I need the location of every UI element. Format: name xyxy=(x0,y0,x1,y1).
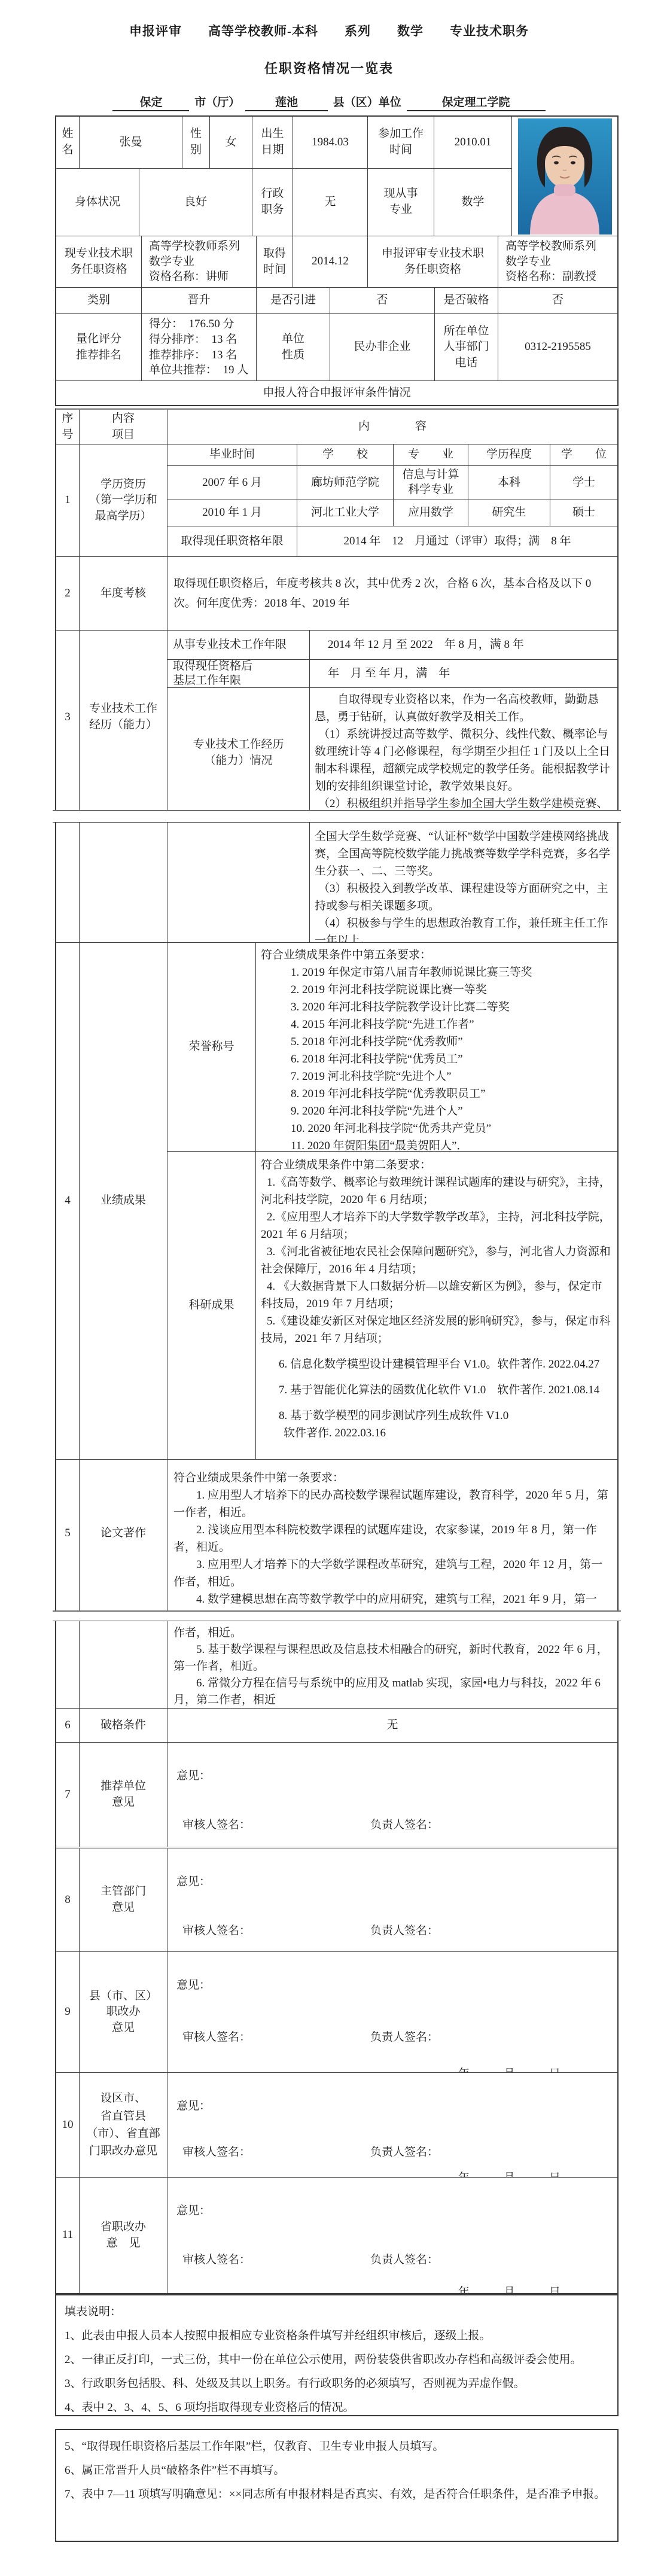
row-no: 4 xyxy=(56,943,80,1459)
row-no: 11 xyxy=(56,2178,80,2293)
page-break-gap xyxy=(53,1610,621,1621)
honor-item: 3. 2020 年河北科技学院教学设计比赛二等奖 xyxy=(256,998,617,1016)
honor-item: 5. 2018 年河北科技学院“优秀教师” xyxy=(256,1033,617,1051)
apply-title-label: 申报评审专业技术职 务任职资格 xyxy=(368,236,498,287)
row-annual-review: 2 年度考核 取得现任职资格后，年度考核共 8 次，其中优秀 2 次，合格 6 … xyxy=(56,557,617,631)
honor-item: 11. 2020 年贺阳集团“最美贺阳人”． xyxy=(256,1137,617,1151)
edu-level: 研究生 xyxy=(468,500,550,526)
edu-h-level: 学历程度 xyxy=(468,444,550,465)
profession-value: 数学 xyxy=(434,169,511,236)
row-label: 业绩成果 xyxy=(80,943,167,1459)
honors-intro: 符合业绩成果条件中第五条要求： xyxy=(256,946,617,964)
edu-school: 河北工业大学 xyxy=(297,500,394,526)
row-achievements: 4 业绩成果 荣誉称号 符合业绩成果条件中第五条要求： 1. 2019 年保定市… xyxy=(56,943,617,1460)
honor-item: 6. 2018 年河北科技学院“优秀员工” xyxy=(256,1051,617,1068)
apply-title-value: 高等学校教师系列 数学专业 资格名称：副教授 xyxy=(498,236,617,287)
row-no: 3 xyxy=(56,631,80,942)
edu-h-time: 毕业时间 xyxy=(167,444,297,465)
row-no: 6 xyxy=(56,1709,80,1742)
row-label: 设区市、 省直管县 （市）、省直部 门职改办意见 xyxy=(80,2073,167,2177)
paper-item: 4. 数学建模思想在高等数学教学中的应用研究，建筑与工程，2021 年 9 月，… xyxy=(173,1591,614,1608)
exp-base-value: 年 月 至 年 月，满 年 xyxy=(310,660,617,687)
head-signature-label: 负责人签名： xyxy=(370,1922,438,1938)
edu-h-school: 学 校 xyxy=(297,444,394,465)
row-no: 1 xyxy=(56,444,80,556)
paper-item: 1. 应用型人才培养下的民办高校数学课程试题库建设，教育科学，2020 年 5 … xyxy=(173,1487,614,1521)
unit-type-label: 单位 性质 xyxy=(257,314,330,380)
work-start-value: 2010.01 xyxy=(434,117,511,168)
edu-record-1: 2007 年 6 月 廊坊师范学院 信息与计算 科学专业 本科 学士 xyxy=(167,466,617,500)
exception-label: 是否破格 xyxy=(435,288,498,313)
head-signature-label: 负责人签名： xyxy=(370,2251,438,2267)
opinion-area: 意见： 审核人签名： 负责人签名： 年 月 日 xyxy=(167,2073,617,2177)
edu-record-2: 2010 年 1 月 河北工业大学 应用数学 研究生 硕士 xyxy=(167,500,617,526)
exp-years-row: 从事专业技术工作年限 2014 年 12 月 至 2022 年 8 月，满 8 … xyxy=(167,631,617,660)
row-no-text: 5 xyxy=(56,1525,79,1542)
paper-item: 5. 基于数学课程与课程思政及信息技术相融合的研究，新时代教育，2022 年 6… xyxy=(173,1642,614,1675)
head-signature-label: 负责人签名： xyxy=(370,2143,438,2159)
exp-years-label: 从事专业技术工作年限 xyxy=(167,631,310,659)
introduced-label: 是否引进 xyxy=(257,288,330,313)
note-item: 2、一律正反打印，一式三份，其中一份在单位公示使用，两份装袋供省职改办存档和高级… xyxy=(65,2348,609,2372)
exp-detail-page2: 全国大学生数学竞赛、“认证杯”数学中国数学建模网络挑战赛，全国高等院校数学能力挑… xyxy=(310,823,617,942)
row-opinion-recommender: 7 推荐单位 意见 意见： 审核人签名： 负责人签名： 年 月 日 xyxy=(56,1743,617,1849)
obtain-time-label: 取得 时间 xyxy=(257,236,293,287)
edu-major: 信息与计算 科学专业 xyxy=(394,466,468,500)
row-opinion-province: 11 省职改办 意 见 意见： 审核人签名： 负责人签名： 年 月 日 xyxy=(56,2178,617,2293)
hr-phone-value: 0312-2195585 xyxy=(498,314,617,380)
head-signature-label: 负责人签名： xyxy=(370,2028,438,2044)
introduced-value: 否 xyxy=(330,288,435,313)
birth-label: 出生 日期 xyxy=(252,117,293,168)
page-break-gap xyxy=(53,810,621,823)
city-label: 市（厅） xyxy=(194,93,240,109)
admin-post-label: 行政 职务 xyxy=(252,169,293,236)
date-line: 年 月 日 xyxy=(167,2283,617,2293)
row-label: 论文著作 xyxy=(80,1460,167,1708)
hr-phone-label: 所在单位 人事部门 电话 xyxy=(435,314,498,380)
row-opinion-county: 9 县（市、区） 职改办 意见 意见： 审核人签名： 负责人签名： 年 月 日 xyxy=(56,1952,617,2073)
date-line: 年 月 日 xyxy=(167,2169,617,2177)
left-eye xyxy=(554,161,559,164)
applicant-photo-image xyxy=(518,118,612,235)
edu-time: 2010 年 1 月 xyxy=(167,500,297,526)
research-item: 3.《河北省被征地农民社会保障问题研究》，参与，河北省人力资源和社会保障厅，20… xyxy=(261,1243,615,1278)
row-label-text: 论文著作 xyxy=(80,1525,167,1542)
paper-item: 6. 常微分方程在信号与系统中的应用及 matlab 实现，家园•电力与科技，2… xyxy=(173,1675,614,1708)
row-no: 5 xyxy=(56,1460,80,1708)
honors-row: 荣誉称号 符合业绩成果条件中第五条要求： 1. 2019 年保定市第八届青年教师… xyxy=(167,943,617,1152)
exp-years-value: 2014 年 12 月 至 2022 年 8 月，满 8 年 xyxy=(310,631,617,659)
exception-value: 无 xyxy=(167,1709,617,1742)
exp-base-label: 取得现任资格后 基层工作年限 xyxy=(167,660,310,687)
edu-h-degree: 学 位 xyxy=(550,444,617,465)
row-label-text: 专业技术工作 经历（能力） xyxy=(80,701,167,733)
research-label: 科研成果 xyxy=(167,1152,256,1459)
document-subtitle: 任职资格情况一览表 xyxy=(0,59,658,77)
honor-item: 1. 2019 年保定市第八届青年教师说课比赛三等奖 xyxy=(256,964,617,981)
research-item: 7. 基于智能优化算法的函数优化软件 V1.0 软件著作. 2021.08.14 xyxy=(261,1381,615,1399)
paper-item: 作者，相近。 xyxy=(173,1625,614,1642)
note-item: 6、属正常晋升人员“破格条件”栏不再填写。 xyxy=(65,2459,609,2483)
exp-detail-page1: 自取得现专业资格以来，作为一名高校教师，勤勤恳恳，勇于钻研，认真做好教学及相关工… xyxy=(310,688,617,811)
paragraph: （4）积极参与学生的思想政治教育工作，兼任班主任工作一年以上。 xyxy=(315,915,614,942)
research-item: 1.《高等数学、概率论与数理统计课程试题库的建设与研究》，主持，河北科技学院，2… xyxy=(261,1174,615,1208)
annual-review-content: 取得现任职资格后，年度考核共 8 次，其中优秀 2 次，合格 6 次，基本合格及… xyxy=(167,557,617,630)
row-label: 推荐单位 意见 xyxy=(80,1743,167,1847)
reviewer-signature-label: 审核人签名： xyxy=(182,1816,251,1832)
research-item: 2.《应用型人才培养下的大学数学教学改革》，主持，河北科技学院，2021 年 6… xyxy=(261,1208,615,1243)
edu-time: 2007 年 6 月 xyxy=(167,466,297,500)
research-content: 符合业绩成果条件中第二条要求： 1.《高等数学、概率论与数理统计课程试题库的建设… xyxy=(256,1152,617,1459)
opinion-area: 意见： 审核人签名： 负责人签名： 年 月 日 xyxy=(167,1849,617,1951)
edu-degree: 学士 xyxy=(550,466,617,500)
gender-value: 女 xyxy=(210,117,252,168)
reviewer-signature-label: 审核人签名： xyxy=(182,2251,251,2267)
current-title-label: 现专业技术职 务任职资格 xyxy=(56,236,142,287)
exp-base-row: 取得现任资格后 基层工作年限 年 月 至 年 月，满 年 xyxy=(167,660,617,688)
reviewer-signature-label: 审核人签名： xyxy=(182,2028,251,2044)
row-no: 2 xyxy=(56,557,80,630)
opinion-area: 意见： 审核人签名： 负责人签名： 年 月 日 xyxy=(167,1743,617,1847)
reviewer-signature-label: 审核人签名： xyxy=(182,1922,251,1938)
edu-tenure-row: 取得现任职资格年限 2014 年 12 月通过（评审）取得；满 8 年 xyxy=(167,526,617,556)
edu-h-major: 专 业 xyxy=(394,444,468,465)
paper-item: 2. 浅谈应用型本科院校数学课程的试题库建设，农家参谋，2019 年 8 月，第… xyxy=(173,1521,614,1556)
notes-heading: 填表说明： xyxy=(65,2300,609,2324)
row-no: 9 xyxy=(56,1952,80,2072)
opinion-label: 意见： xyxy=(176,1976,617,1992)
row-no: 7 xyxy=(56,1743,80,1847)
paragraph: 自取得现专业资格以来，作为一名高校教师，勤勤恳恳，勇于钻研，认真做好教学及相关工… xyxy=(315,691,614,726)
note-item: 3、行政职务包括股、科、处级及其以上职务。有行政职务的必须填写，否则视为弄虚作假… xyxy=(65,2372,609,2396)
score-rank-value: 得分： 176.50 分 得分排序： 13 名 推荐排序： 13 名 单位共推荐… xyxy=(142,314,257,380)
row-label: 年度考核 xyxy=(80,557,167,630)
row-opinion-department: 8 主管部门 意见 意见： 审核人签名： 负责人签名： 年 月 日 xyxy=(56,1849,617,1952)
col-item-header: 内容 项目 xyxy=(80,410,167,444)
papers-page2: 符合业绩成果条件中第一条要求： 1. 应用型人才培养下的民办高校数学课程试题库建… xyxy=(167,1460,617,1611)
row-opinion-city: 10 设区市、 省直管县 （市）、省直部 门职改办意见 意见： 审核人签名： 负… xyxy=(56,2073,617,2178)
table-header-row: 序 号 内容 项目 内 容 xyxy=(56,410,617,444)
honors-content: 符合业绩成果条件中第五条要求： 1. 2019 年保定市第八届青年教师说课比赛三… xyxy=(256,943,617,1151)
edu-subheader: 毕业时间 学 校 专 业 学历程度 学 位 xyxy=(167,444,617,466)
opinion-label: 意见： xyxy=(176,2097,617,2113)
category-label: 类别 xyxy=(56,288,142,313)
row-label: 破格条件 xyxy=(80,1709,167,1742)
honor-item: 4. 2015 年河北科技学院“先进工作者” xyxy=(256,1016,617,1033)
row-experience: 3 专业技术工作 经历（能力） 从事专业技术工作年限 2014 年 12 月 至… xyxy=(56,631,617,943)
row-label: 省职改办 意 见 xyxy=(80,2178,167,2293)
paper-item: 3. 应用型人才培养下的大学数学课程改革研究，建筑与工程，2020 年 12 月… xyxy=(173,1556,614,1591)
health-label: 身体状况 xyxy=(56,169,139,236)
info-banner-row: 申报人符合申报评审条件情况 xyxy=(56,381,617,405)
row-label: 主管部门 意见 xyxy=(80,1849,167,1951)
info-row-health: 身体状况 良好 行政 职务 无 现从事 专业 数学 xyxy=(56,169,511,236)
papers-intro: 符合业绩成果条件中第一条要求： xyxy=(173,1469,614,1487)
exception-value: 否 xyxy=(498,288,617,313)
edu-major: 应用数学 xyxy=(394,500,468,526)
row-label: 学历资历 （第一学历和 最高学历） xyxy=(80,444,167,556)
info-row-current-title: 现专业技术职 务任职资格 高等学校教师系列 数学专业 资格名称：讲师 取得 时间… xyxy=(56,236,617,288)
opinion-area: 意见： 审核人签名： 负责人签名： 年 月 日 xyxy=(167,1952,617,2072)
research-row: 科研成果 符合业绩成果条件中第二条要求： 1.《高等数学、概率论与数理统计课程试… xyxy=(167,1152,617,1459)
research-item: 5.《建设雄安新区对保定地区经济发展的影响研究》，参与，保定市科技局，2021 … xyxy=(261,1313,615,1347)
papers-page3: 作者，相近。 5. 基于数学课程与课程思政及信息技术相融合的研究，新时代教育，2… xyxy=(167,1621,617,1708)
row-exception: 6 破格条件 无 xyxy=(56,1709,617,1743)
health-value: 良好 xyxy=(139,169,252,236)
opinion-area: 意见： 审核人签名： 负责人签名： 年 月 日 xyxy=(167,2178,617,2293)
right-eye xyxy=(571,161,575,164)
honor-item: 7. 2019 河北科技学院“先进个人” xyxy=(256,1068,617,1085)
applicant-info-table: 姓 名 张曼 性 别 女 出生 日期 1984.03 参加工作 时间 2010.… xyxy=(55,115,619,406)
row-no: 10 xyxy=(56,2073,80,2177)
county-field: 莲池 xyxy=(245,93,328,111)
notes-box-1: 填表说明： 1、此表由申报人员本人按照申报相应专业资格条件填写并经组织审核后，逐… xyxy=(55,2294,619,2416)
turtleneck-collar xyxy=(554,184,575,196)
category-value: 晋升 xyxy=(142,288,257,313)
honors-label: 荣誉称号 xyxy=(167,943,256,1151)
opinion-label: 意见： xyxy=(176,1872,617,1889)
document-page: 申报评审 高等学校教师-本科 系列 数学 专业技术职务 任职资格情况一览表 保定… xyxy=(0,0,658,2576)
admin-post-value: 无 xyxy=(293,169,368,236)
research-intro: 符合业绩成果条件中第二条要求： xyxy=(261,1156,615,1174)
info-row-category: 类别 晋升 是否引进 否 是否破格 否 xyxy=(56,288,617,314)
notes-box-2: 5、“取得现任职资格后基层工作年限”栏，仅教育、卫生专业申报人员填写。 6、属正… xyxy=(55,2429,619,2542)
score-rank-label: 量化评分 推荐排名 xyxy=(56,314,142,380)
qualification-table: 序 号 内容 项目 内 容 1 学历资历 （第一学历和 最高学历） 毕业时间 学… xyxy=(55,408,619,2294)
paragraph: （2）积极组织并指导学生参加全国大学生数学建模竞赛、 xyxy=(315,795,614,811)
row-education: 1 学历资历 （第一学历和 最高学历） 毕业时间 学 校 专 业 学历程度 学 … xyxy=(56,444,617,557)
date-line: 年 月 日 xyxy=(167,2065,617,2072)
birth-value: 1984.03 xyxy=(293,117,368,168)
edu-level: 本科 xyxy=(468,466,550,500)
info-row-score: 量化评分 推荐排名 得分： 176.50 分 得分排序： 13 名 推荐排序： … xyxy=(56,314,617,381)
city-field: 保定 xyxy=(112,93,189,111)
col-content-header: 内 容 xyxy=(167,410,617,444)
edu-tenure-value: 2014 年 12 月通过（评审）取得；满 8 年 xyxy=(297,526,617,556)
honor-item: 10. 2020 年河北科技学院“优秀共产党员” xyxy=(256,1120,617,1137)
edu-tenure-label: 取得现任职资格年限 xyxy=(167,526,297,556)
location-line: 保定 市（厅） 莲池 县（区）单位 保定理工学院 xyxy=(0,93,658,111)
info-row-name: 姓 名 张曼 性 别 女 出生 日期 1984.03 参加工作 时间 2010.… xyxy=(56,117,511,169)
reviewer-signature-label: 审核人签名： xyxy=(182,2143,251,2159)
current-title-value: 高等学校教师系列 数学专业 资格名称：讲师 xyxy=(142,236,257,287)
gender-label: 性 别 xyxy=(182,117,210,168)
research-item: 6. 信息化数学模型设计建模管理平台 V1.0。软件著作. 2022.04.27 xyxy=(261,1356,615,1373)
opinion-label: 意见： xyxy=(176,1767,617,1783)
head-signature-label: 负责人签名： xyxy=(370,1816,438,1832)
obtain-time-value: 2014.12 xyxy=(293,236,368,287)
paragraph: （3）积极投入到教学改革、课程建设等方面研究之中，主持或参与相关课题多项。 xyxy=(315,880,614,915)
honor-item: 9. 2020 年河北科技学院“先进个人” xyxy=(256,1103,617,1120)
name-value: 张曼 xyxy=(80,117,182,168)
row-label: 专业技术工作 经历（能力） xyxy=(80,631,167,942)
research-item: 8. 基于数学模型的同步测试序列生成软件 V1.0 软件著作. 2022.03.… xyxy=(261,1407,615,1442)
row-papers: 5 论文著作 符合业绩成果条件中第一条要求： 1. 应用型人才培养下的民办高校数… xyxy=(56,1460,617,1709)
note-item: 5、“取得现任职资格后基层工作年限”栏，仅教育、卫生专业申报人员填写。 xyxy=(65,2435,609,2459)
work-start-label: 参加工作 时间 xyxy=(368,117,434,168)
county-label: 县（区）单位 xyxy=(333,93,401,109)
research-item: 4. 《大数据背景下人口数据分析—以雄安新区为例》，参与，保定市科技局，2019… xyxy=(261,1278,615,1313)
paragraph: 全国大学生数学竞赛、“认证杯”数学中国数学建模网络挑战赛，全国高等院校数学能力挑… xyxy=(315,828,614,880)
col-no-header: 序 号 xyxy=(56,410,80,444)
honor-item: 2. 2019 年河北科技学院说课比赛一等奖 xyxy=(256,981,617,998)
row-no-text: 3 xyxy=(56,710,79,726)
edu-school: 廊坊师范学院 xyxy=(297,466,394,500)
row-no: 8 xyxy=(56,1849,80,1951)
name-label: 姓 名 xyxy=(56,117,80,168)
conditions-banner: 申报人符合申报评审条件情况 xyxy=(56,381,617,405)
unit-field: 保定理工学院 xyxy=(407,93,546,111)
note-item: 7、表中 7—11 项填写明确意见：××同志所有申报材料是否真实、有效，是否符合… xyxy=(65,2483,609,2507)
document-title: 申报评审 高等学校教师-本科 系列 数学 专业技术职务 xyxy=(0,22,658,39)
honor-item: 8. 2019 年河北科技学院“优秀教职员工” xyxy=(256,1085,617,1103)
opinion-label: 意见： xyxy=(176,2202,617,2218)
applicant-photo xyxy=(511,117,617,236)
row-label: 县（市、区） 职改办 意见 xyxy=(80,1952,167,2072)
profession-label: 现从事 专业 xyxy=(368,169,434,236)
note-item: 4、表中 2、3、4、5、6 项均指取得现专业资格后的情况。 xyxy=(65,2396,609,2420)
unit-type-value: 民办非企业 xyxy=(330,314,435,380)
paragraph: （1）系统讲授过高等数学、微积分、线性代数、概率论与数理统计等 4 门必修课程，… xyxy=(315,726,614,795)
edu-degree: 硕士 xyxy=(550,500,617,526)
note-item: 1、此表由申报人员本人按照申报相应专业资格条件填写并经组织审核后，逐级上报。 xyxy=(65,2324,609,2348)
